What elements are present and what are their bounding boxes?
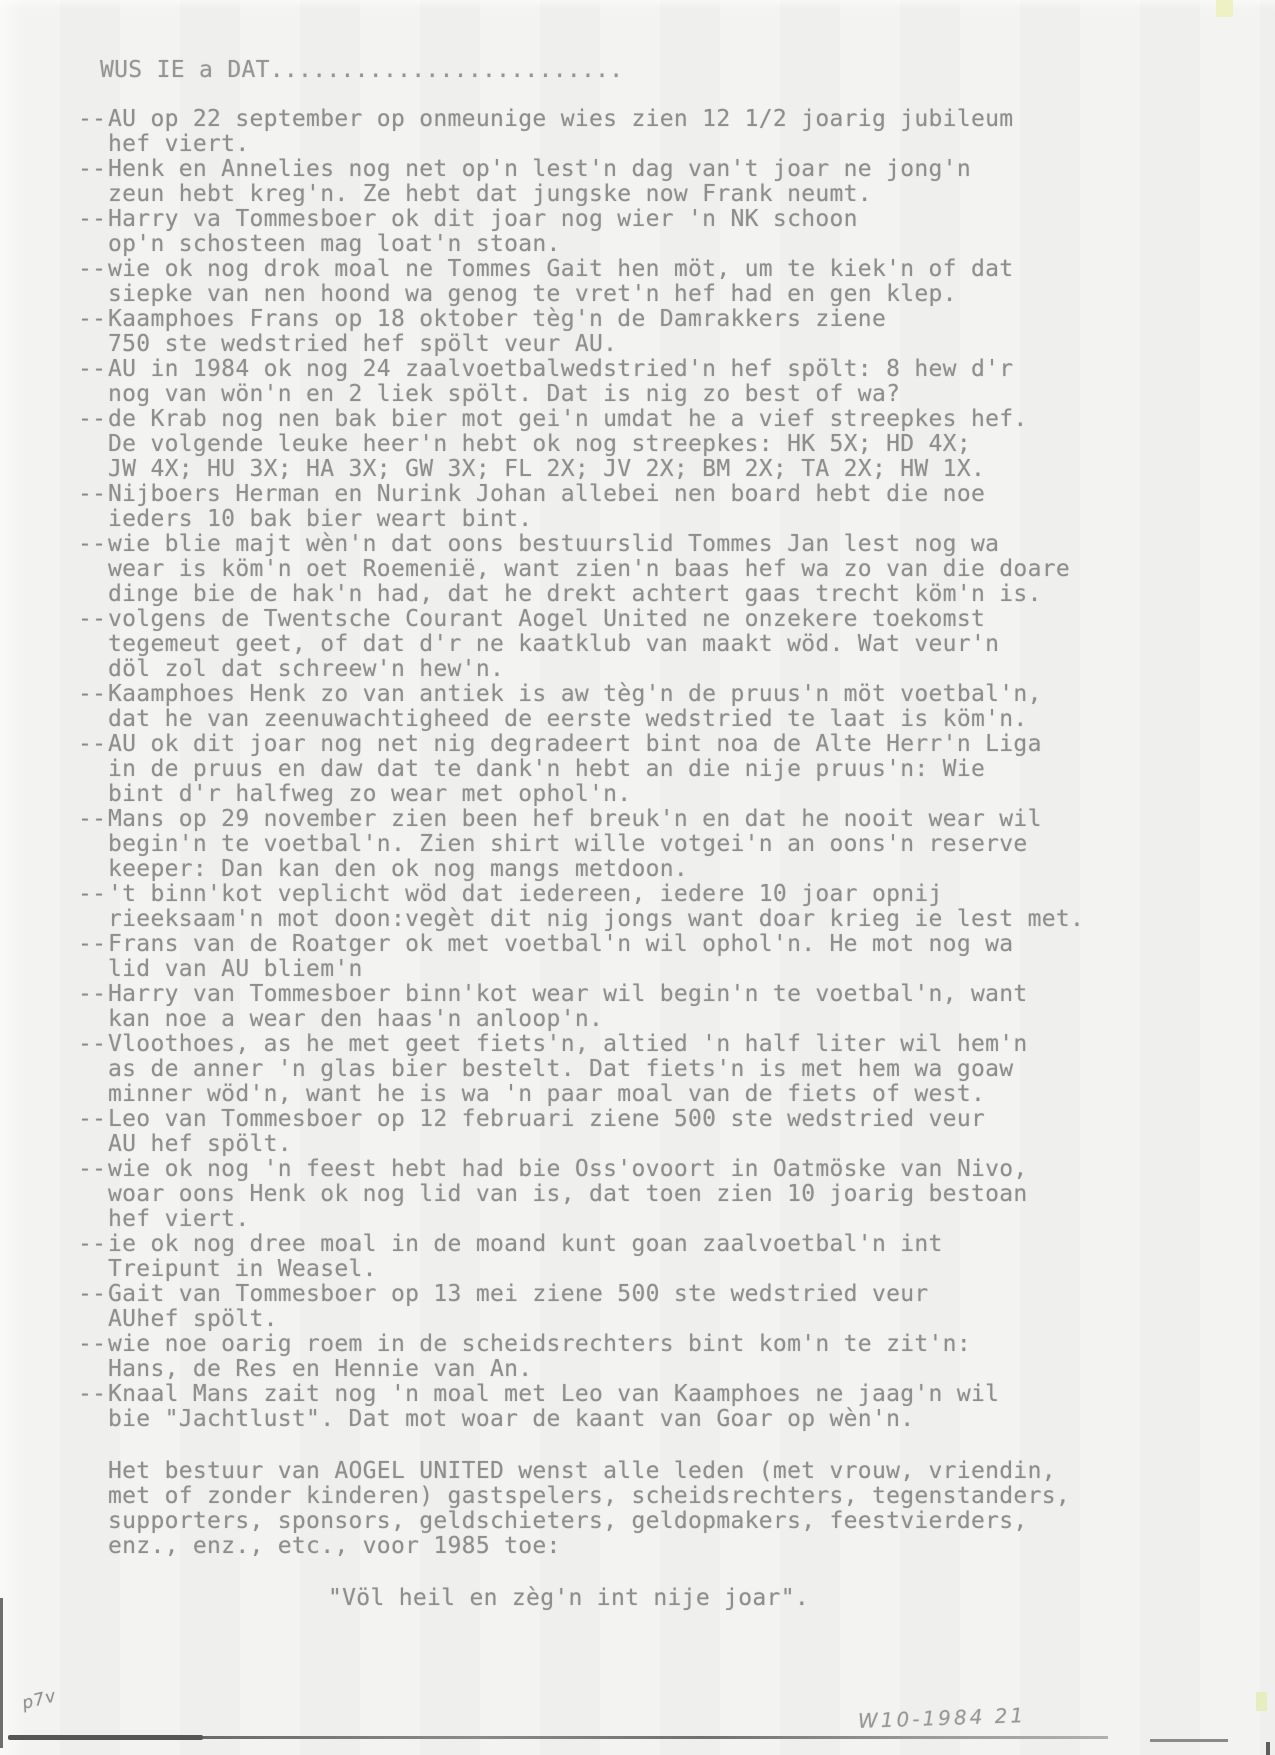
item-text: Mans op 29 november zien been hef breuk'… [108,807,1042,882]
item-dash: -- [78,157,108,207]
item-text: Harry va Tommesboer ok dit joar nog wier… [108,207,858,257]
item-dash: -- [78,482,108,532]
scan-edge-line [8,1735,203,1740]
list-item: -- volgens de Twentsche Courant Aogel Un… [78,607,1228,682]
list-item: -- Mans op 29 november zien been hef bre… [78,807,1228,882]
list-item: -- Knaal Mans zait nog 'n moal met Leo v… [78,1382,1228,1432]
list-item: -- AU in 1984 ok nog 24 zaalvoetbalwedst… [78,357,1228,407]
item-text: Knaal Mans zait nog 'n moal met Leo van … [108,1382,999,1432]
item-dash: -- [78,1107,108,1157]
item-dash: -- [78,407,108,482]
item-dash: -- [78,207,108,257]
item-text: Leo van Tommesboer op 12 februari ziene … [108,1107,985,1157]
item-text: wie noe oarig roem in de scheidsrechters… [108,1332,971,1382]
page-title: WUS IE a DAT......................... [100,58,1228,83]
item-text: Gait van Tommesboer op 13 mei ziene 500 … [108,1282,929,1332]
item-dash: -- [78,1282,108,1332]
list-item: -- wie blie majt wèn'n dat oons bestuurs… [78,532,1228,607]
item-dash: -- [78,607,108,682]
item-text: wie blie majt wèn'n dat oons bestuurslid… [108,532,1070,607]
item-dash: -- [78,1332,108,1382]
list-item: -- ie ok nog dree moal in de moand kunt … [78,1232,1228,1282]
item-text: AU ok dit joar nog net nig degradeert bi… [108,732,1042,807]
item-text: Vloothoes, as he met geet fiets'n, altie… [108,1032,1028,1107]
list-item: -- wie ok nog drok moal ne Tommes Gait h… [78,257,1228,307]
scan-edge-corner [1266,1742,1270,1755]
list-item: -- Vloothoes, as he met geet fiets'n, al… [78,1032,1228,1107]
list-item: -- Kaamphoes Frans op 18 oktober tèg'n d… [78,307,1228,357]
item-dash: -- [78,932,108,982]
item-text: ie ok nog dree moal in de moand kunt goa… [108,1232,943,1282]
list-item: -- Nijboers Herman en Nurink Johan alleb… [78,482,1228,532]
item-dash: -- [78,732,108,807]
scanned-newsletter-page: WUS IE a DAT......................... --… [0,0,1275,1755]
handwritten-initials: p7v [20,1686,58,1714]
scan-edge-line [203,1736,1108,1739]
list-item: -- Kaamphoes Henk zo van antiek is aw tè… [78,682,1228,732]
yellow-highlight-mark-bottom [1256,1692,1267,1711]
list-item: -- Harry van Tommesboer binn'kot wear wi… [78,982,1228,1032]
item-text: wie ok nog 'n feest hebt had bie Oss'ovo… [108,1157,1028,1232]
item-dash: -- [78,1382,108,1432]
item-text: Kaamphoes Henk zo van antiek is aw tèg'n… [108,682,1042,732]
item-text: Kaamphoes Frans op 18 oktober tèg'n de D… [108,307,886,357]
item-dash: -- [78,882,108,932]
item-text: Henk en Annelies nog net op'n lest'n dag… [108,157,971,207]
item-text: volgens de Twentsche Courant Aogel Unite… [108,607,999,682]
item-dash: -- [78,1232,108,1282]
item-dash: -- [78,257,108,307]
list-item: -- Harry va Tommesboer ok dit joar nog w… [78,207,1228,257]
item-dash: -- [78,307,108,357]
yellow-highlight-mark-top [1216,0,1233,17]
item-text: de Krab nog nen bak bier mot gei'n umdat… [108,407,1028,482]
item-text: wie ok nog drok moal ne Tommes Gait hen … [108,257,1013,307]
typewritten-content: WUS IE a DAT......................... --… [78,58,1228,1611]
list-item: -- AU op 22 september op onmeunige wies … [78,107,1228,157]
list-item: -- wie noe oarig roem in de scheidsrecht… [78,1332,1228,1382]
item-dash: -- [78,532,108,607]
item-dash: -- [78,682,108,732]
list-item: -- de Krab nog nen bak bier mot gei'n um… [78,407,1228,482]
item-dash: -- [78,807,108,882]
item-dash: -- [78,107,108,157]
scan-edge-line-left [0,1598,3,1748]
item-text: AU in 1984 ok nog 24 zaalvoetbalwedstrie… [108,357,1013,407]
list-item: -- AU ok dit joar nog net nig degradeert… [78,732,1228,807]
handwritten-archive-note: W10-1984 21 [858,1703,1027,1733]
item-text: Harry van Tommesboer binn'kot wear wil b… [108,982,1028,1032]
list-item: -- Leo van Tommesboer op 12 februari zie… [78,1107,1228,1157]
list-item: -- 't binn'kot veplicht wöd dat iedereen… [78,882,1228,932]
item-dash: -- [78,1032,108,1107]
item-dash: -- [78,982,108,1032]
closing-paragraph: Het bestuur van AOGEL UNITED wenst alle … [108,1459,1228,1559]
scan-edge-line [1150,1739,1228,1742]
item-text: 't binn'kot veplicht wöd dat iedereen, i… [108,882,1084,932]
item-dash: -- [78,1157,108,1232]
list-item: -- Henk en Annelies nog net op'n lest'n … [78,157,1228,207]
item-dash: -- [78,357,108,407]
item-text: Nijboers Herman en Nurink Johan allebei … [108,482,985,532]
item-text: AU op 22 september op onmeunige wies zie… [108,107,1013,157]
new-year-quote: "Völ heil en zèg'n int nije joar". [328,1586,1228,1611]
list-item: -- Frans van de Roatger ok met voetbal'n… [78,932,1228,982]
item-text: Frans van de Roatger ok met voetbal'n wi… [108,932,1013,982]
list-item: -- wie ok nog 'n feest hebt had bie Oss'… [78,1157,1228,1232]
list-item: -- Gait van Tommesboer op 13 mei ziene 5… [78,1282,1228,1332]
